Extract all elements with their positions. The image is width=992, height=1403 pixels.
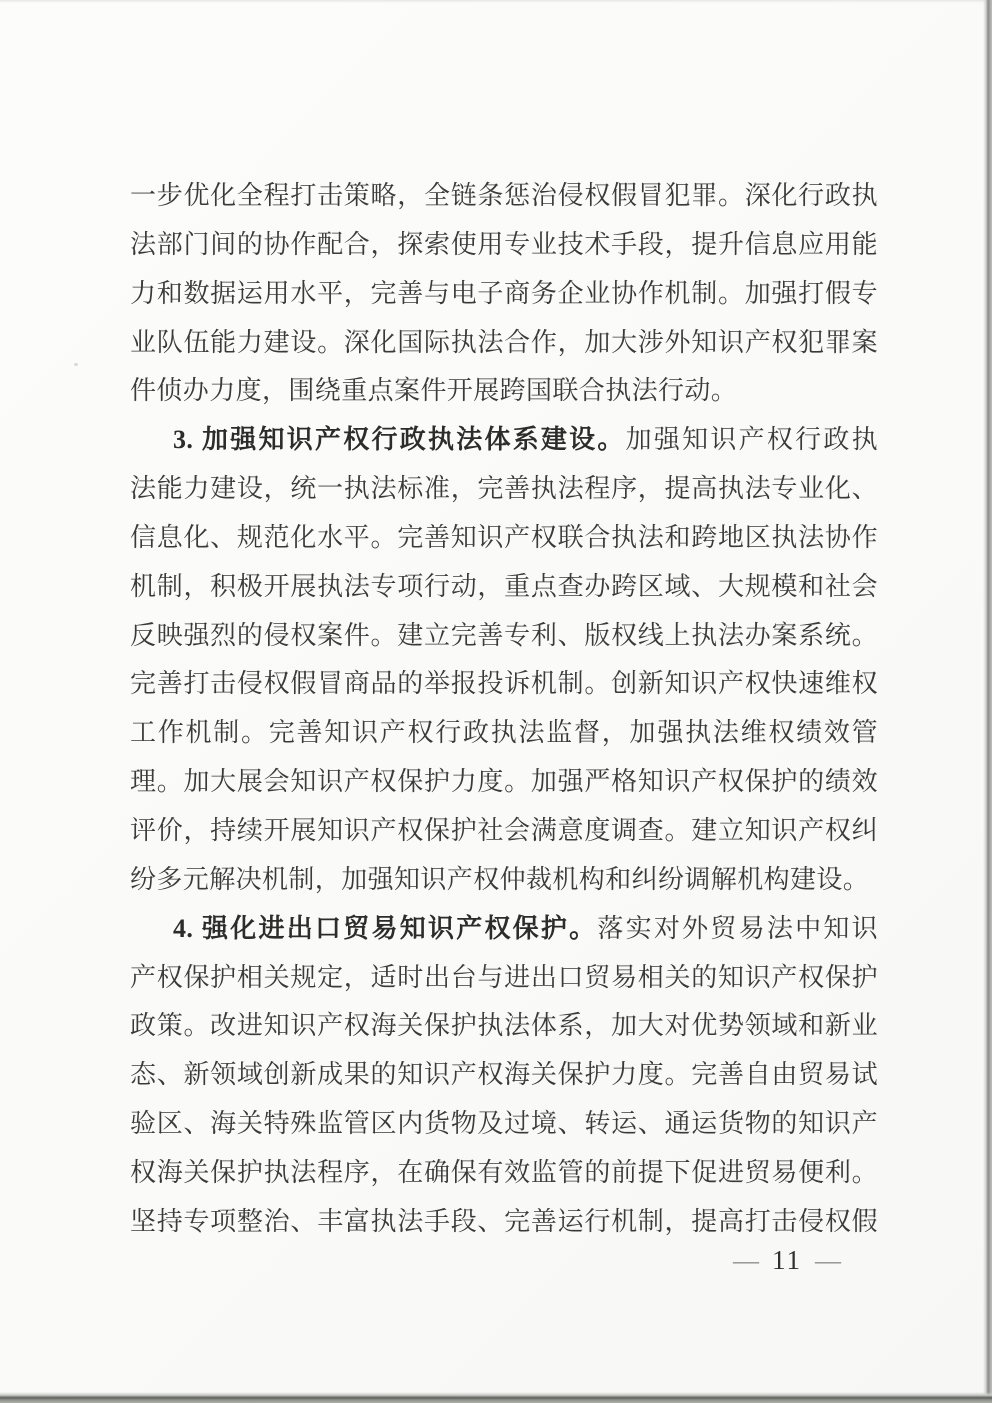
text-line: 验区、海关特殊监管区内货物及过境、转运、通运货物的知识产 [130, 1100, 878, 1149]
text-block: 一步优化全程打击策略，全链条惩治侵权假冒犯罪。深化行政执法部门间的协作配合，探索… [130, 172, 878, 1247]
body-text: 工作机制。完善知识产权行政执法监督，加强执法维权绩效管 [130, 718, 878, 747]
body-text: 业队伍能力建设。深化国际执法合作，加大涉外知识产权犯罪案 [130, 328, 878, 357]
body-text: 机制，积极开展执法专项行动，重点查办跨区域、大规模和社会 [130, 572, 878, 601]
text-line: 4. 强化进出口贸易知识产权保护。落实对外贸易法中知识 [130, 905, 878, 954]
body-text: 落实对外贸易法中知识 [597, 914, 878, 943]
scan-artifact-speck [74, 363, 78, 366]
body-text: 完善打击侵权假冒商品的举报投诉机制。创新知识产权快速维权 [130, 669, 878, 698]
body-text: 法能力建设，统一执法标准，完善执法程序，提高执法专业化、 [130, 474, 878, 503]
text-line: 理。加大展会知识产权保护力度。加强严格知识产权保护的绩效 [130, 758, 878, 807]
body-text: 权海关保护执法程序，在确保有效监管的前提下促进贸易便利。 [130, 1158, 878, 1187]
text-line: 法部门间的协作配合，探索使用专业技术手段，提升信息应用能 [130, 221, 878, 270]
numbered-heading: 3. 加强知识产权行政执法体系建设。 [173, 425, 626, 454]
text-line: 态、新领域创新成果的知识产权海关保护力度。完善自由贸易试 [130, 1051, 878, 1100]
text-line: 产权保护相关规定，适时出台与进出口贸易相关的知识产权保护 [130, 954, 878, 1003]
text-line: 评价，持续开展知识产权保护社会满意度调查。建立知识产权纠 [130, 807, 878, 856]
body-text: 信息化、规范化水平。完善知识产权联合执法和跨地区执法协作 [130, 523, 878, 552]
scanned-page: 一步优化全程打击策略，全链条惩治侵权假冒犯罪。深化行政执法部门间的协作配合，探索… [0, 0, 992, 1403]
footer-dash-left: — [733, 1246, 759, 1275]
body-text: 法部门间的协作配合，探索使用专业技术手段，提升信息应用能 [130, 230, 878, 259]
text-line: 法能力建设，统一执法标准，完善执法程序，提高执法专业化、 [130, 465, 878, 514]
text-line: 纷多元解决机制，加强知识产权仲裁机构和纠纷调解机构建设。 [130, 856, 878, 905]
text-line: 权海关保护执法程序，在确保有效监管的前提下促进贸易便利。 [130, 1149, 878, 1198]
text-line: 件侦办力度，围绕重点案件开展跨国联合执法行动。 [130, 367, 878, 416]
text-line: 反映强烈的侵权案件。建立完善专利、版权线上执法办案系统。 [130, 612, 878, 661]
body-text: 件侦办力度，围绕重点案件开展跨国联合执法行动。 [130, 376, 737, 405]
body-text: 加强知识产权行政执 [626, 425, 878, 454]
text-line: 政策。改进知识产权海关保护执法体系，加大对优势领域和新业 [130, 1002, 878, 1051]
text-line: 工作机制。完善知识产权行政执法监督，加强执法维权绩效管 [130, 709, 878, 758]
body-text: 态、新领域创新成果的知识产权海关保护力度。完善自由贸易试 [130, 1060, 878, 1089]
body-text: 产权保护相关规定，适时出台与进出口贸易相关的知识产权保护 [130, 963, 878, 992]
scan-edge-bottom [0, 1392, 992, 1403]
text-line: 一步优化全程打击策略，全链条惩治侵权假冒犯罪。深化行政执 [130, 172, 878, 221]
body-text: 验区、海关特殊监管区内货物及过境、转运、通运货物的知识产 [130, 1109, 878, 1138]
page-number: 11 [772, 1245, 802, 1275]
text-line: 力和数据运用水平，完善与电子商务企业协作机制。加强打假专 [130, 270, 878, 319]
scan-edge-top [0, 0, 992, 3]
body-text: 一步优化全程打击策略，全链条惩治侵权假冒犯罪。深化行政执 [130, 181, 878, 210]
scan-edge-right [983, 0, 992, 1403]
text-line: 机制，积极开展执法专项行动，重点查办跨区域、大规模和社会 [130, 563, 878, 612]
page-footer: —11— [733, 1243, 841, 1277]
body-text: 反映强烈的侵权案件。建立完善专利、版权线上执法办案系统。 [130, 621, 878, 650]
body-text: 力和数据运用水平，完善与电子商务企业协作机制。加强打假专 [130, 279, 878, 308]
text-line: 3. 加强知识产权行政执法体系建设。加强知识产权行政执 [130, 416, 878, 465]
body-text: 评价，持续开展知识产权保护社会满意度调查。建立知识产权纠 [130, 816, 878, 845]
text-line: 坚持专项整治、丰富执法手段、完善运行机制，提高打击侵权假 [130, 1198, 878, 1247]
body-text: 纷多元解决机制，加强知识产权仲裁机构和纠纷调解机构建设。 [130, 865, 869, 894]
footer-dash-right: — [815, 1246, 841, 1275]
body-text: 政策。改进知识产权海关保护执法体系，加大对优势领域和新业 [130, 1011, 878, 1040]
text-line: 信息化、规范化水平。完善知识产权联合执法和跨地区执法协作 [130, 514, 878, 563]
body-text: 理。加大展会知识产权保护力度。加强严格知识产权保护的绩效 [130, 767, 878, 796]
text-line: 业队伍能力建设。深化国际执法合作，加大涉外知识产权犯罪案 [130, 319, 878, 368]
text-line: 完善打击侵权假冒商品的举报投诉机制。创新知识产权快速维权 [130, 660, 878, 709]
numbered-heading: 4. 强化进出口贸易知识产权保护。 [173, 914, 597, 943]
body-text: 坚持专项整治、丰富执法手段、完善运行机制，提高打击侵权假 [130, 1207, 878, 1236]
